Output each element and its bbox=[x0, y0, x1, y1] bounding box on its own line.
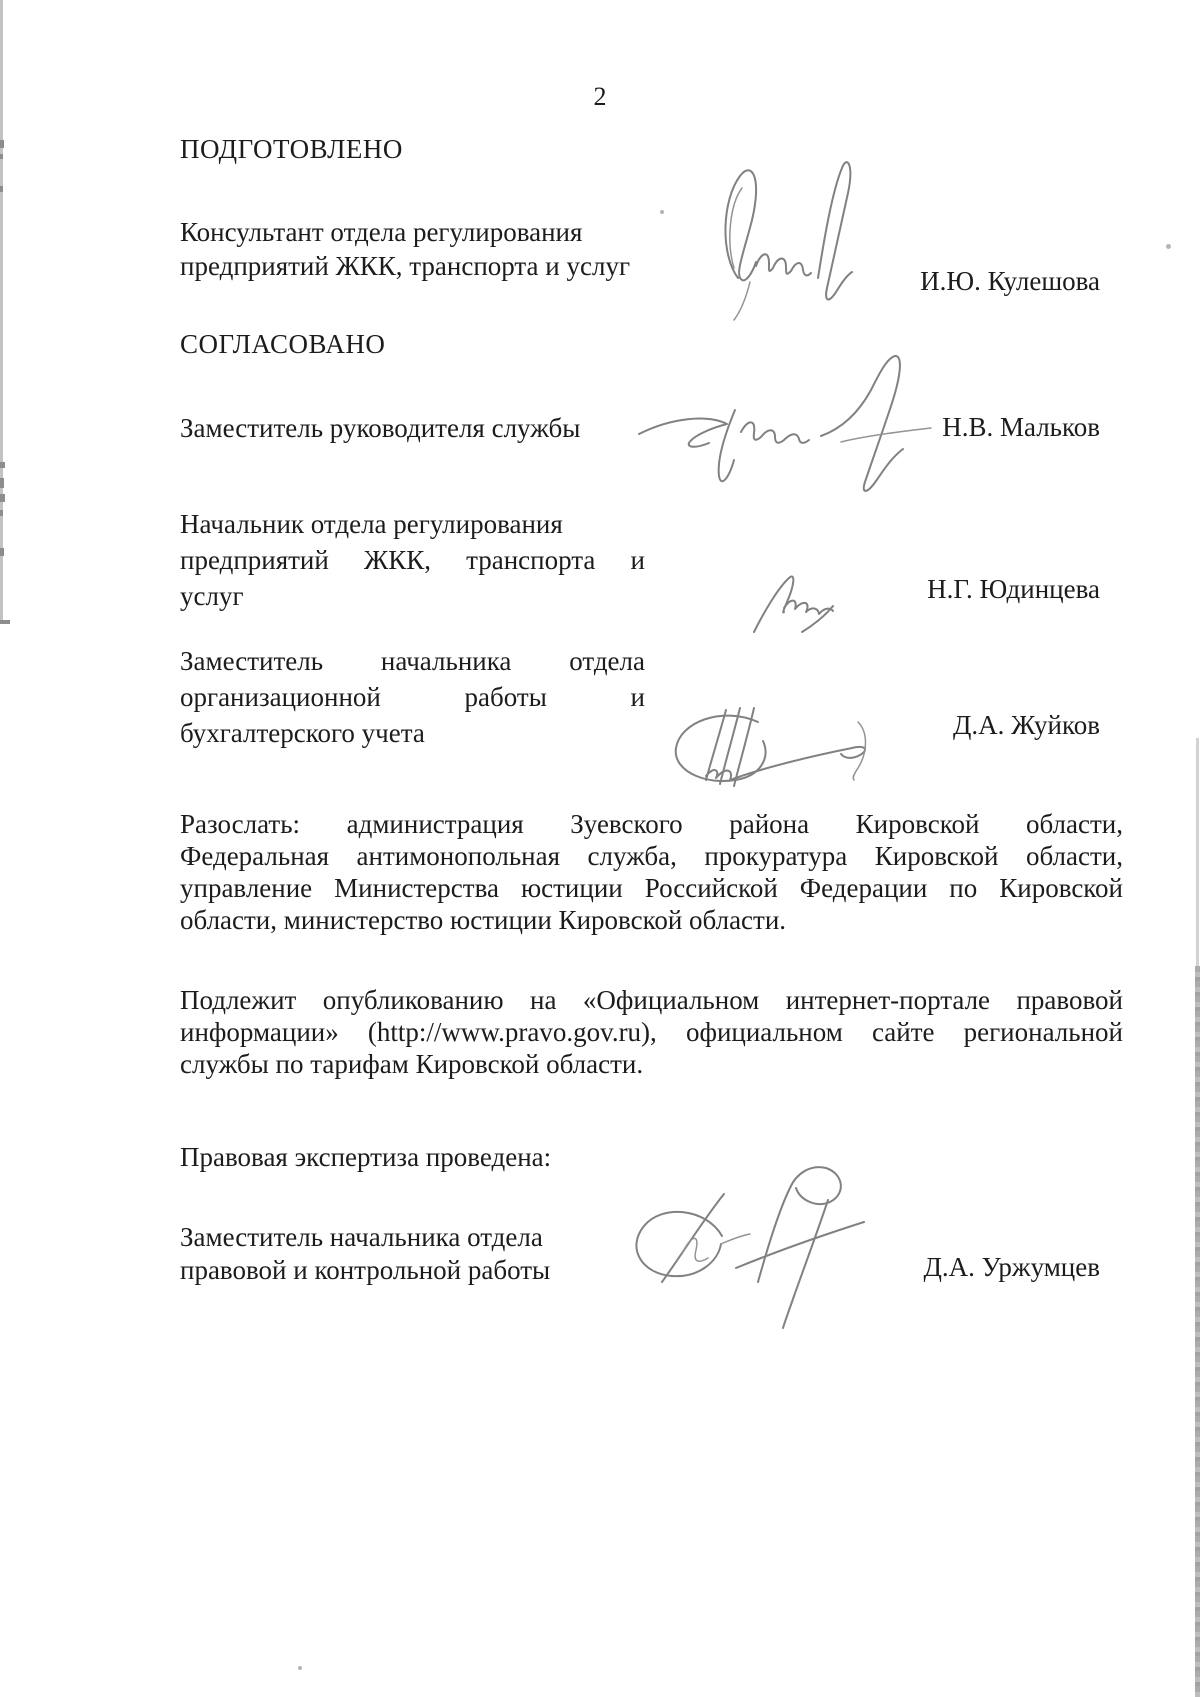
scan-mark bbox=[0, 140, 4, 148]
role-line: организационной работы и bbox=[180, 679, 645, 715]
signature-kuleshova bbox=[700, 148, 870, 333]
scan-mark bbox=[0, 620, 10, 624]
signatory-name-urzhumtsev: Д.А. Уржумцев bbox=[700, 1252, 1100, 1283]
signatory-role-urzhumtsev: Заместитель начальника отдела правовой и… bbox=[180, 1221, 650, 1287]
signatory-role-malkov: Заместитель руководителя службы bbox=[180, 411, 650, 445]
scan-mark bbox=[0, 186, 3, 192]
signature-zhuikov bbox=[662, 692, 892, 797]
signatory-name-zhuikov: Д.А. Жуйков bbox=[700, 710, 1100, 741]
signatory-name-yudintseva: Н.Г. Юдинцева bbox=[700, 574, 1100, 605]
signature-urzhumtsev bbox=[618, 1150, 893, 1340]
scan-mark bbox=[0, 510, 3, 516]
scan-mark bbox=[0, 478, 4, 488]
scan-mark bbox=[0, 154, 3, 159]
scan-edge-left bbox=[0, 0, 3, 624]
signatory-name-malkov: Н.В. Мальков bbox=[700, 412, 1100, 443]
paragraph-line: службы по тарифам Кировской области. bbox=[180, 1048, 1123, 1080]
role-line: Заместитель начальника отдела bbox=[180, 643, 645, 679]
scan-mark bbox=[0, 548, 4, 556]
signatory-role-kuleshova: Консультант отдела регулирования предпри… bbox=[180, 215, 650, 283]
scan-speck bbox=[1166, 244, 1171, 249]
prepared-heading: ПОДГОТОВЛЕНО bbox=[180, 134, 403, 165]
paragraph-line: Разослать: администрация Зуевского район… bbox=[180, 808, 1123, 840]
role-line: Заместитель руководителя службы bbox=[180, 411, 650, 445]
role-line: бухгалтерского учета bbox=[180, 715, 650, 751]
document-page: 2 ПОДГОТОВЛЕНО Консультант отдела регули… bbox=[0, 0, 1200, 1697]
scan-mark bbox=[0, 462, 5, 468]
scan-mark bbox=[0, 494, 5, 502]
agreed-heading: СОГЛАСОВАНО bbox=[180, 329, 385, 360]
role-line: предприятий ЖКК, транспорта и bbox=[180, 542, 645, 578]
scan-speck bbox=[660, 210, 664, 214]
paragraph-line: области, министерство юстиции Кировской … bbox=[180, 904, 1123, 936]
scan-edge-right-faint bbox=[1196, 738, 1199, 968]
scan-speck bbox=[298, 1666, 302, 1670]
role-line: правовой и контрольной работы bbox=[180, 1254, 650, 1287]
paragraph-line: управление Министерства юстиции Российск… bbox=[180, 872, 1123, 904]
signatory-role-zhuikov: Заместитель начальника отдела организаци… bbox=[180, 643, 650, 751]
role-line: предприятий ЖКК, транспорта и услуг bbox=[180, 249, 650, 283]
role-line: Начальник отдела регулирования bbox=[180, 506, 650, 542]
page-number: 2 bbox=[0, 82, 1200, 112]
paragraph-line: информации» (http://www.pravo.gov.ru), о… bbox=[180, 1016, 1123, 1048]
paragraph-line: Подлежит опубликованию на «Официальном и… bbox=[180, 984, 1123, 1016]
role-line: Консультант отдела регулирования bbox=[180, 215, 650, 249]
paragraph-line: Федеральная антимонопольная служба, прок… bbox=[180, 840, 1123, 872]
signatory-role-yudintseva: Начальник отдела регулирования предприят… bbox=[180, 506, 650, 614]
legal-review-label: Правовая экспертиза проведена: bbox=[180, 1142, 551, 1173]
scan-edge-right bbox=[1195, 966, 1200, 1697]
role-line: Заместитель начальника отдела bbox=[180, 1221, 650, 1254]
distribution-paragraph: Разослать: администрация Зуевского район… bbox=[180, 808, 1123, 936]
role-line: услуг bbox=[180, 578, 650, 614]
publication-paragraph: Подлежит опубликованию на «Официальном и… bbox=[180, 984, 1123, 1080]
signatory-name-kuleshova: И.Ю. Кулешова bbox=[700, 266, 1100, 297]
